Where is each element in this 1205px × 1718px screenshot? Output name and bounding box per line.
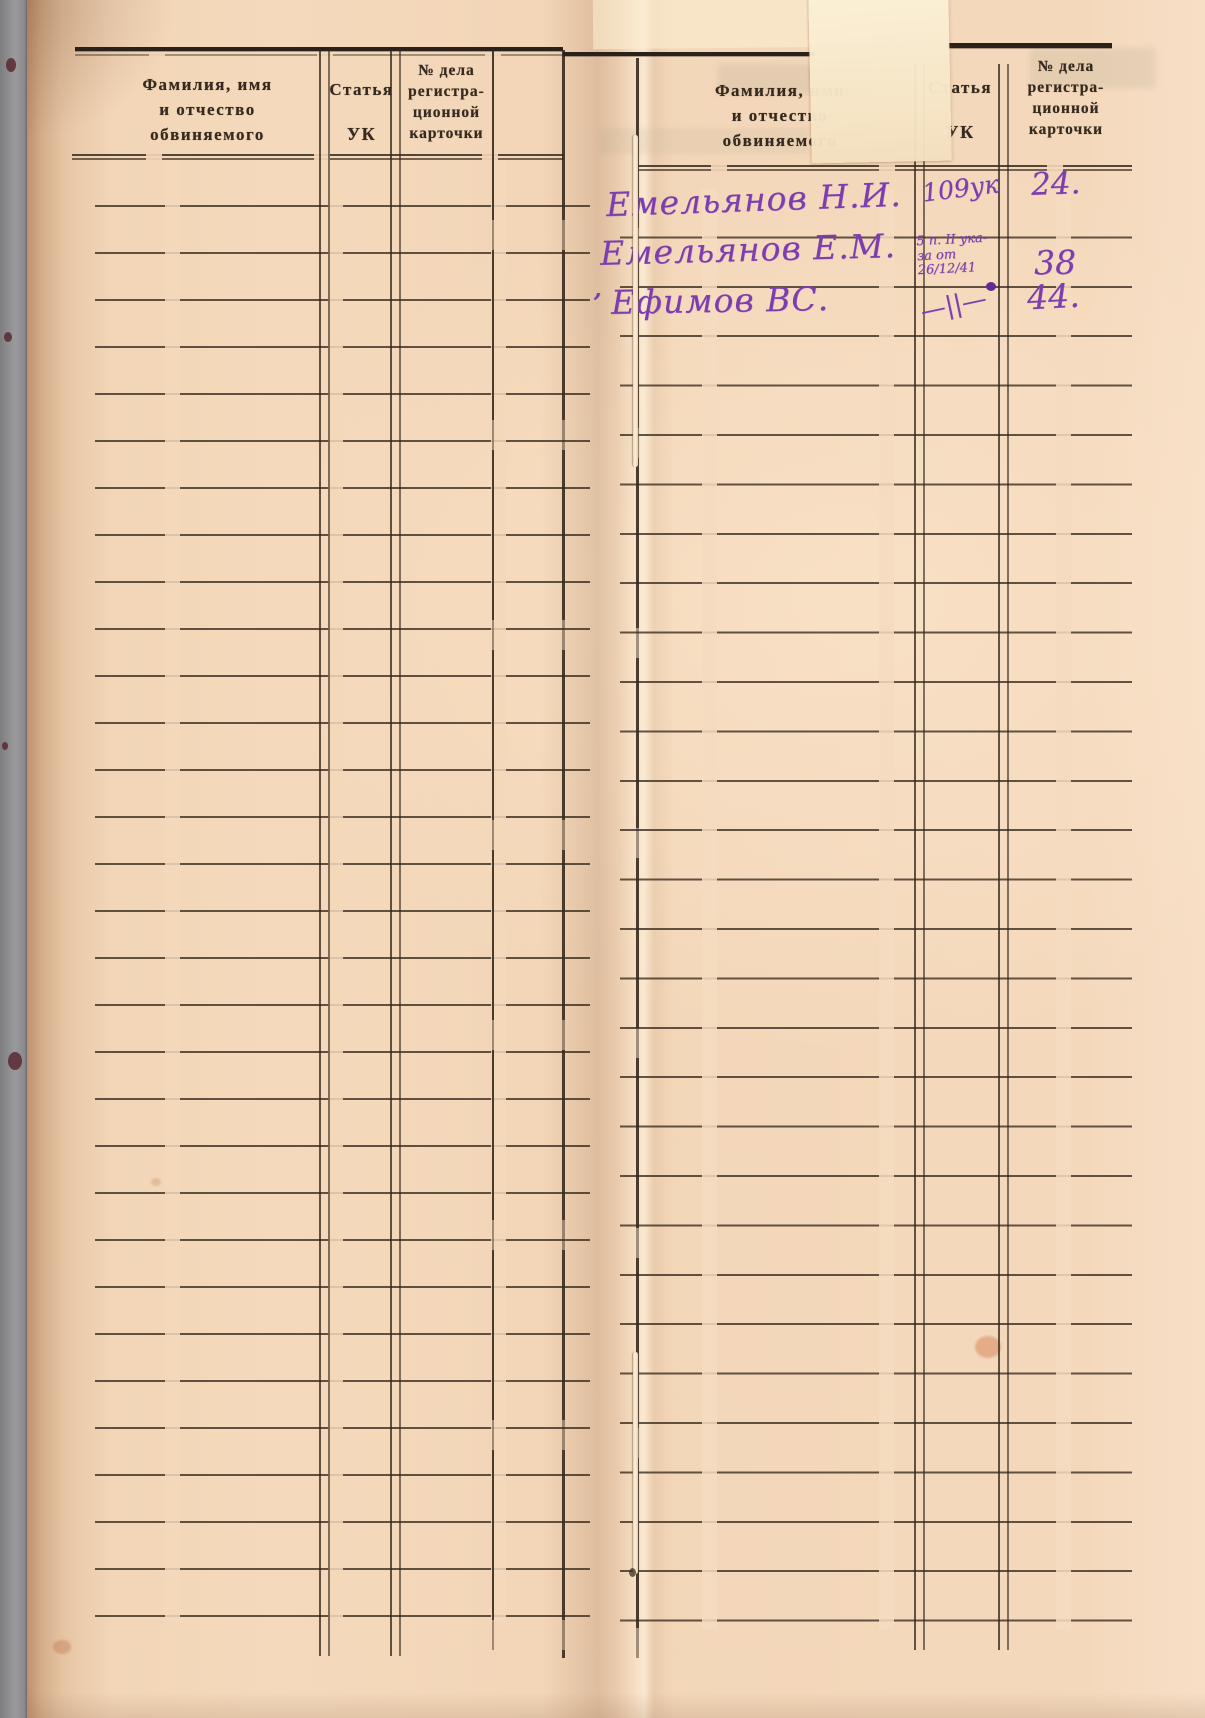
header-line: ционной	[399, 102, 494, 123]
left-header-article-column: Статья	[326, 80, 397, 100]
ink-blot	[986, 282, 996, 291]
left-header-article-uk: УК	[326, 124, 397, 145]
binding-thread-upper	[633, 135, 638, 467]
binding-fleck	[2, 742, 8, 750]
left-header-bottom-rule	[72, 154, 564, 156]
binding-thread-lower	[633, 1352, 638, 1574]
left-header-card-column: № дела регистра- ционной карточки	[399, 60, 494, 144]
header-line: № дела	[399, 60, 494, 81]
left-column-divider-card	[390, 50, 401, 1656]
ledger-paper: Фамилия, имя и отчество обвиняемого Стат…	[27, 0, 1205, 1718]
left-table-right-border	[492, 50, 494, 1650]
left-ruled-rows	[95, 160, 590, 1622]
header-line: и отчество	[95, 97, 320, 122]
header-line: ционной	[1002, 98, 1130, 119]
binding-fleck	[8, 1052, 22, 1070]
bottom-edge-shadow	[27, 1692, 1205, 1718]
rust-stain	[53, 1640, 71, 1654]
left-header-bottom-rule-2	[72, 158, 564, 160]
right-table-top-border-left-segment	[563, 52, 815, 56]
binding-fleck	[4, 332, 12, 342]
entry-article: 5 п. II ука- за от 26/12/41	[916, 231, 1004, 279]
entry-card-number: 44.	[1026, 276, 1080, 318]
right-ruled-rows	[620, 189, 1132, 1629]
right-column-divider-card	[998, 64, 1009, 1650]
pasted-paper-strip-top	[593, 0, 846, 49]
entry-card-number: 24.	[1030, 165, 1081, 203]
scanner-background	[0, 0, 27, 1718]
header-line: регистра-	[1002, 77, 1130, 98]
left-gutter-border	[562, 50, 565, 1658]
scanned-registry-spread: Фамилия, имя и отчество обвиняемого Стат…	[0, 0, 1205, 1718]
binding-fleck	[6, 58, 16, 72]
entry-name: Емельянов Е.М.	[600, 226, 897, 273]
margin-ink-mark: ’	[593, 288, 601, 317]
right-header-card-column: № дела регистра- ционной карточки	[1002, 56, 1130, 140]
header-line: № дела	[1002, 56, 1130, 77]
pasted-paper-strip-over-header	[808, 0, 951, 163]
entry-name: Ефимов ВС.	[611, 279, 830, 322]
left-column-divider-article	[319, 50, 330, 1656]
header-line: обвиняемого	[95, 122, 320, 147]
header-line: Фамилия, имя	[95, 72, 320, 97]
stitch-hole	[629, 1568, 636, 1577]
header-line: регистра-	[399, 81, 494, 102]
right-table-top-border-right-segment	[947, 43, 1112, 48]
header-line: карточки	[399, 123, 494, 144]
header-line: карточки	[1002, 119, 1130, 140]
left-header-name-column: Фамилия, имя и отчество обвиняемого	[95, 72, 320, 147]
